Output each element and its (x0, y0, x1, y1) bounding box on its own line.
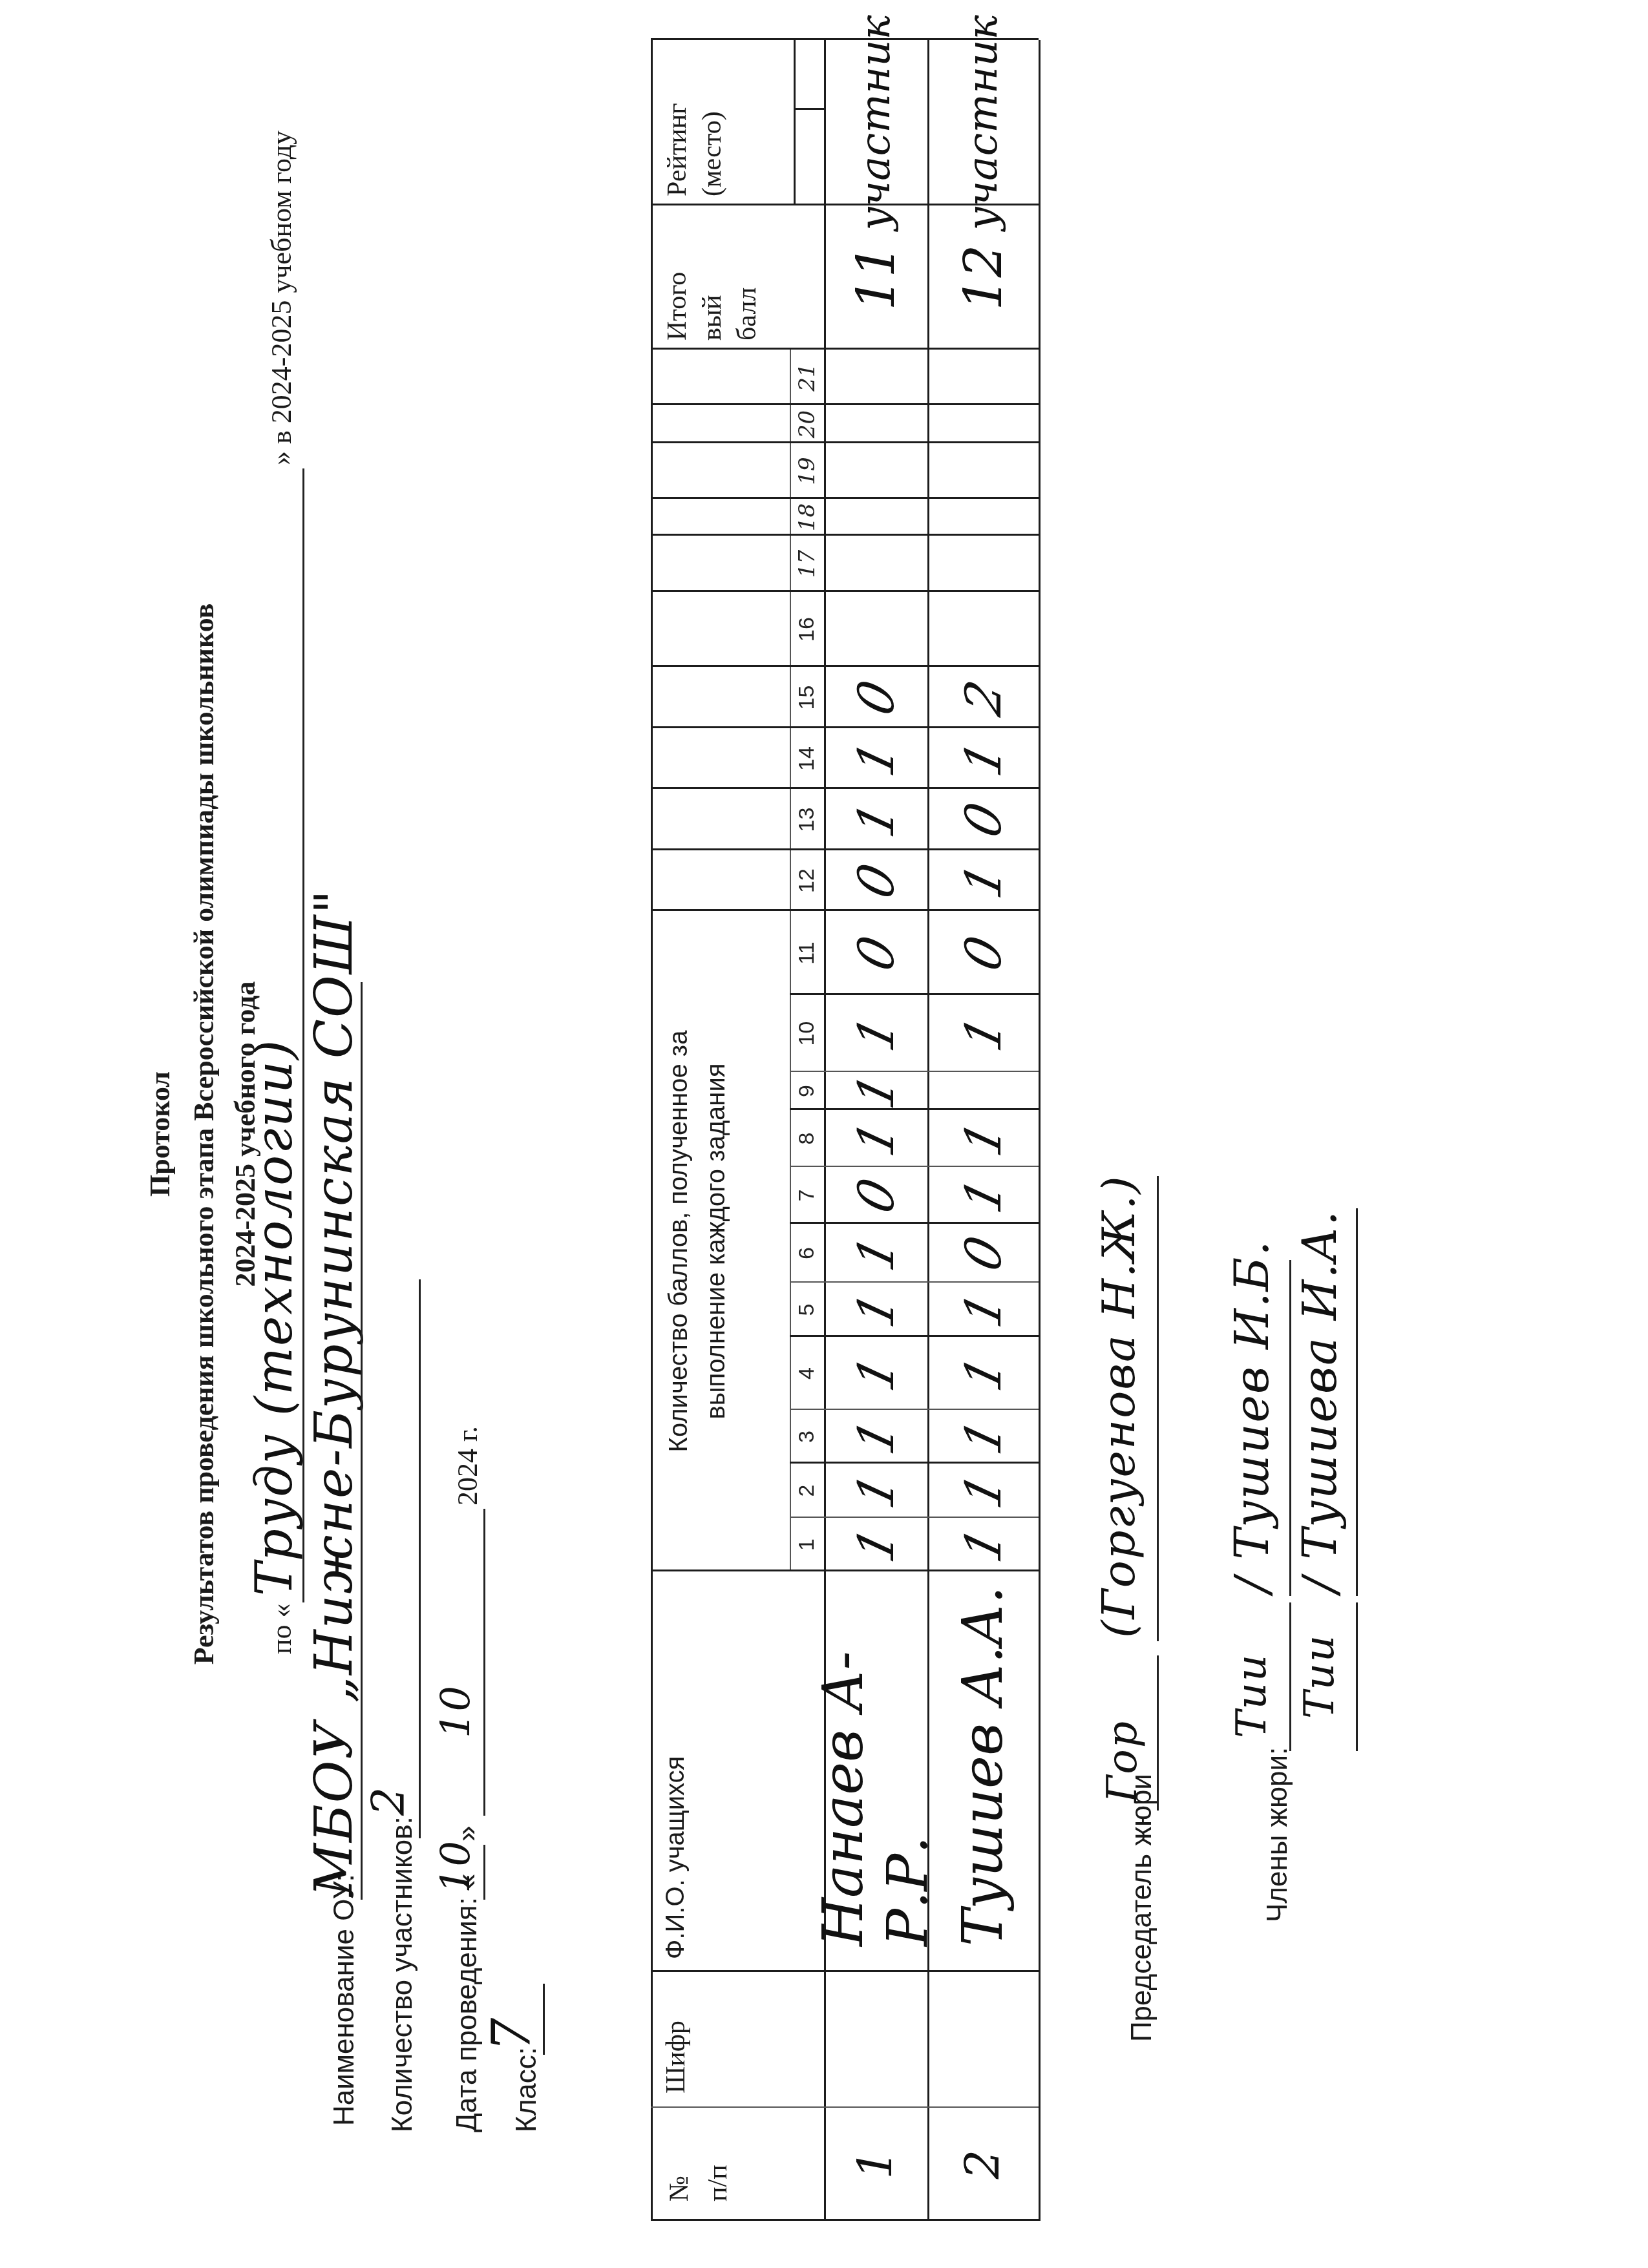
jury-members-label: Члены жюри: (1262, 1747, 1294, 1922)
jury-member-signature-line (1289, 1602, 1291, 1751)
header-rating: Рейтинг (место) (651, 40, 794, 205)
jury-chair-label: Председатель жюри (1126, 1774, 1158, 2042)
jury-member-signature: Тии (1296, 1634, 1344, 1719)
school-underline (361, 982, 363, 1900)
header-total: Итого вый балл (651, 205, 824, 350)
school-value: МБОУ „Нижне-Бурунинская СОШ" (304, 888, 364, 1896)
rating-place: участник (927, 40, 1039, 205)
task-number-header: 13 (790, 789, 824, 850)
task-number-header: 10 (790, 995, 824, 1072)
task-number-header: 12 (790, 850, 824, 911)
jury-member-signature: Тии (1228, 1654, 1276, 1738)
date-month: 10 (432, 1685, 479, 1738)
task-number-header: 3 (790, 1410, 824, 1464)
date-day: 10 (432, 1840, 479, 1893)
task-number-header: 2 (790, 1464, 824, 1518)
protocol-page: Протокол Результатов проведения школьног… (0, 0, 1648, 2268)
row-code (927, 1972, 1039, 2108)
task-number-header: 5 (790, 1283, 824, 1337)
task-number-header: 15 (790, 667, 824, 728)
jury-member-name: / Тушиева И.А. (1293, 1210, 1347, 1593)
date-label: Дата проведения: « (451, 1873, 483, 2132)
header-scores-group: Количество баллов, полученное за выполне… (651, 911, 790, 1571)
date-day-close: » (451, 1826, 483, 1842)
header-code: Шифр (651, 1972, 824, 2108)
task-number-header: 1 (790, 1518, 824, 1571)
jury-member-name: / Тушиев И.Б. (1225, 1240, 1279, 1593)
participants-value: 2 (362, 1785, 415, 1816)
date-day-underline (483, 1845, 485, 1900)
class-underline (543, 1984, 545, 2055)
table-border (1039, 40, 1041, 2221)
subject-value: Труду (технологии) (246, 1038, 304, 1596)
jury-member-signature-line (1356, 1602, 1358, 1751)
jury-chair-name: (Горгуенова Н.Ж.) (1092, 1175, 1145, 1639)
task-number-header: 14 (790, 728, 824, 789)
task-number-header: 4 (790, 1337, 824, 1410)
table-border (794, 40, 796, 205)
task-number-header: 6 (790, 1224, 824, 1283)
table-border (794, 108, 824, 110)
class-label: Класс: (511, 2047, 543, 2132)
jury-member-name-line (1289, 1260, 1291, 1596)
task-number-header: 20 (790, 405, 824, 443)
rating-place: участник (824, 40, 927, 205)
task-number-header: 19 (790, 443, 824, 499)
task-number-header: 9 (790, 1072, 824, 1110)
task-number-header: 16 (790, 592, 824, 667)
row-number: 1 (824, 2108, 927, 2221)
jury-chair-name-line (1157, 1176, 1159, 1641)
row-number: 2 (927, 2108, 1039, 2221)
subject-prefix: по « (265, 1603, 298, 1654)
task-number-header: 11 (790, 911, 824, 995)
school-label: Наименование ОУ: (328, 1874, 361, 2126)
date-month-underline (483, 1509, 485, 1816)
document-title: Протокол (143, 0, 176, 2268)
date-year: 2024 г. (451, 1426, 484, 1506)
row-code (824, 1972, 927, 2108)
header-name: Ф.И.О. учащихся (651, 1571, 824, 1972)
document-subtitle: Результатов проведения школьного этапа В… (187, 0, 220, 2268)
student-name: Тушиев А.А. (927, 1571, 1039, 1972)
task-number-header: 8 (790, 1110, 824, 1167)
class-value: 7 (481, 2017, 543, 2052)
task-number-header: 21 (790, 350, 824, 405)
task-number-header: 7 (790, 1167, 824, 1224)
jury-chair-signature-line (1157, 1655, 1159, 1811)
participants-underline (419, 1279, 421, 1838)
student-name: Нанаев А-Р.Р. (824, 1571, 927, 1972)
header-num: № п/п (651, 2108, 824, 2221)
participants-label: Количество участников: (386, 1816, 419, 2132)
task-number-header: 18 (790, 499, 824, 536)
jury-member-name-line (1356, 1208, 1358, 1596)
task-number-header: 17 (790, 536, 824, 592)
subject-suffix: » в 2024-2025 учебном году (265, 131, 298, 465)
jury-chair-signature: Гор (1099, 1720, 1146, 1803)
